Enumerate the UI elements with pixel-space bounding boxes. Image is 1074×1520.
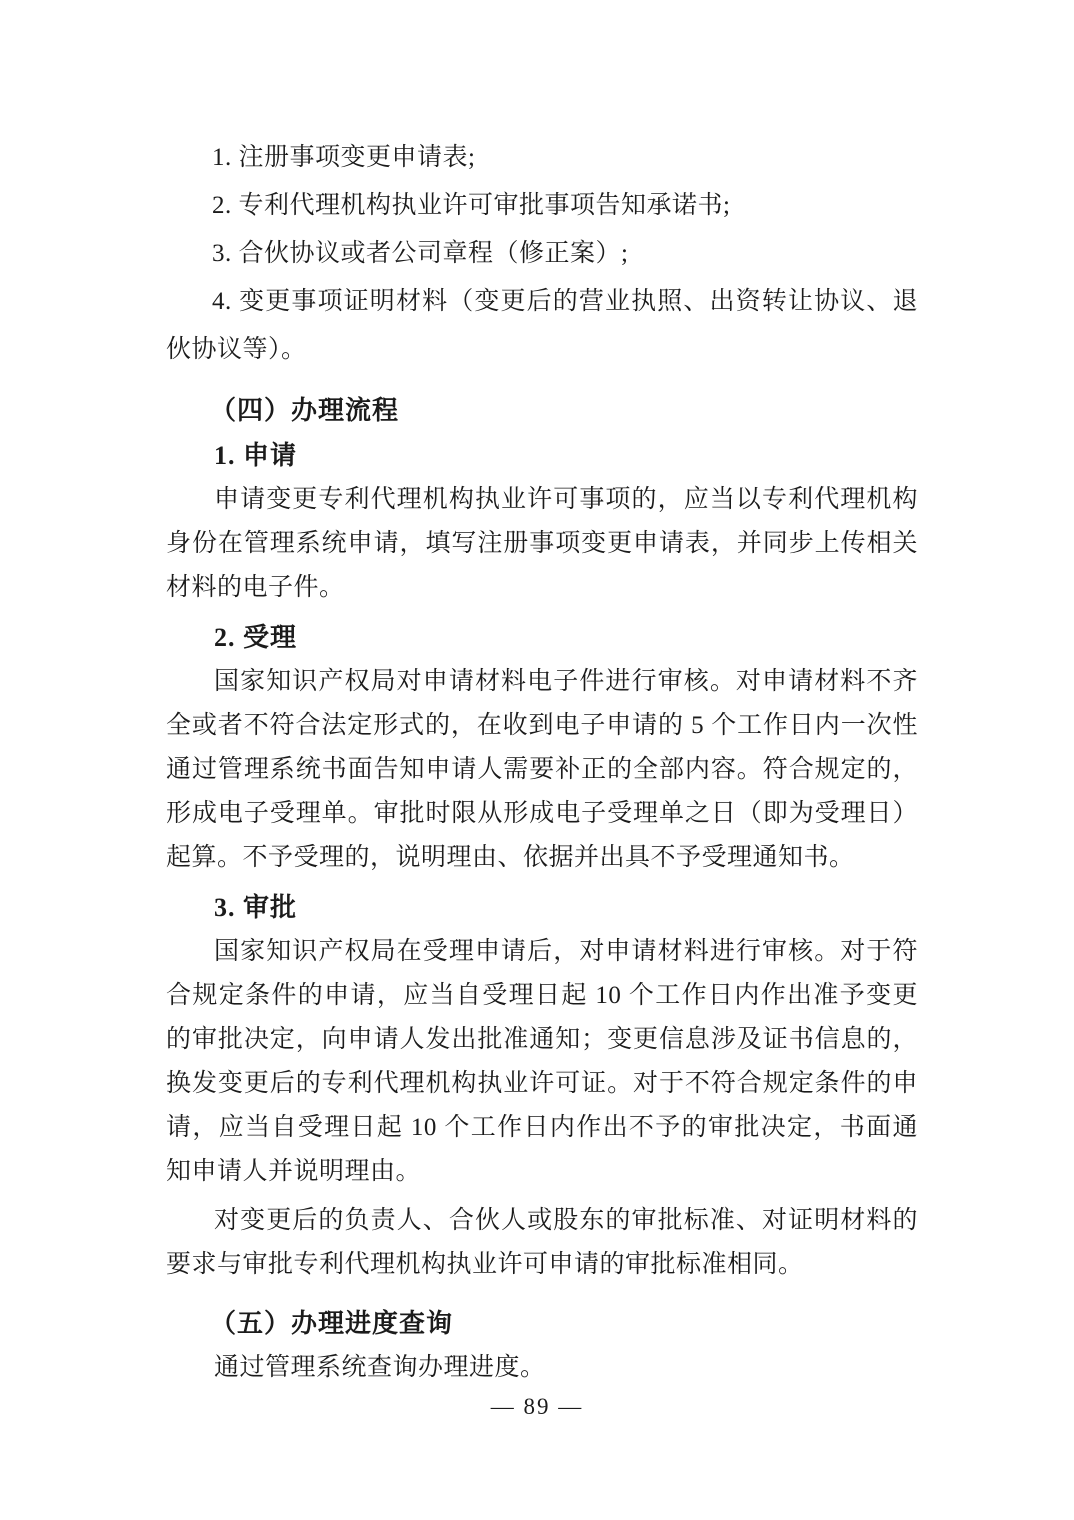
material-list-item-1: 1. 注册事项变更申请表; [166, 134, 918, 182]
material-list-item-2: 2. 专利代理机构执业许可审批事项告知承诺书; [166, 182, 918, 230]
step-heading-accept: 2. 受理 [166, 615, 918, 660]
section-heading-process: （四）办理流程 [166, 388, 918, 433]
approval-standard-note: 对变更后的负责人、合伙人或股东的审批标准、对证明材料的要求与审批专利代理机构执业… [166, 1199, 918, 1287]
page-number: — 89 — [0, 1394, 1074, 1420]
step-heading-apply: 1. 申请 [166, 433, 918, 478]
progress-query-body: 通过管理系统查询办理进度。 [166, 1346, 918, 1390]
material-list-item-4: 4. 变更事项证明材料（变更后的营业执照、出资转让协议、退伙协议等）。 [166, 278, 918, 374]
page-content: 1. 注册事项变更申请表; 2. 专利代理机构执业许可审批事项告知承诺书; 3.… [166, 134, 918, 1390]
step-body-approve: 国家知识产权局在受理申请后，对申请材料进行审核。对于符合规定条件的申请，应当自受… [166, 930, 918, 1194]
step-heading-approve: 3. 审批 [166, 885, 918, 930]
section-heading-progress: （五）办理进度查询 [166, 1301, 918, 1346]
document-page: 1. 注册事项变更申请表; 2. 专利代理机构执业许可审批事项告知承诺书; 3.… [0, 0, 1074, 1520]
step-body-apply: 申请变更专利代理机构执业许可事项的，应当以专利代理机构身份在管理系统申请，填写注… [166, 478, 918, 610]
step-body-accept: 国家知识产权局对申请材料电子件进行审核。对申请材料不齐全或者不符合法定形式的，在… [166, 660, 918, 880]
material-list-item-3: 3. 合伙协议或者公司章程（修正案）; [166, 230, 918, 278]
